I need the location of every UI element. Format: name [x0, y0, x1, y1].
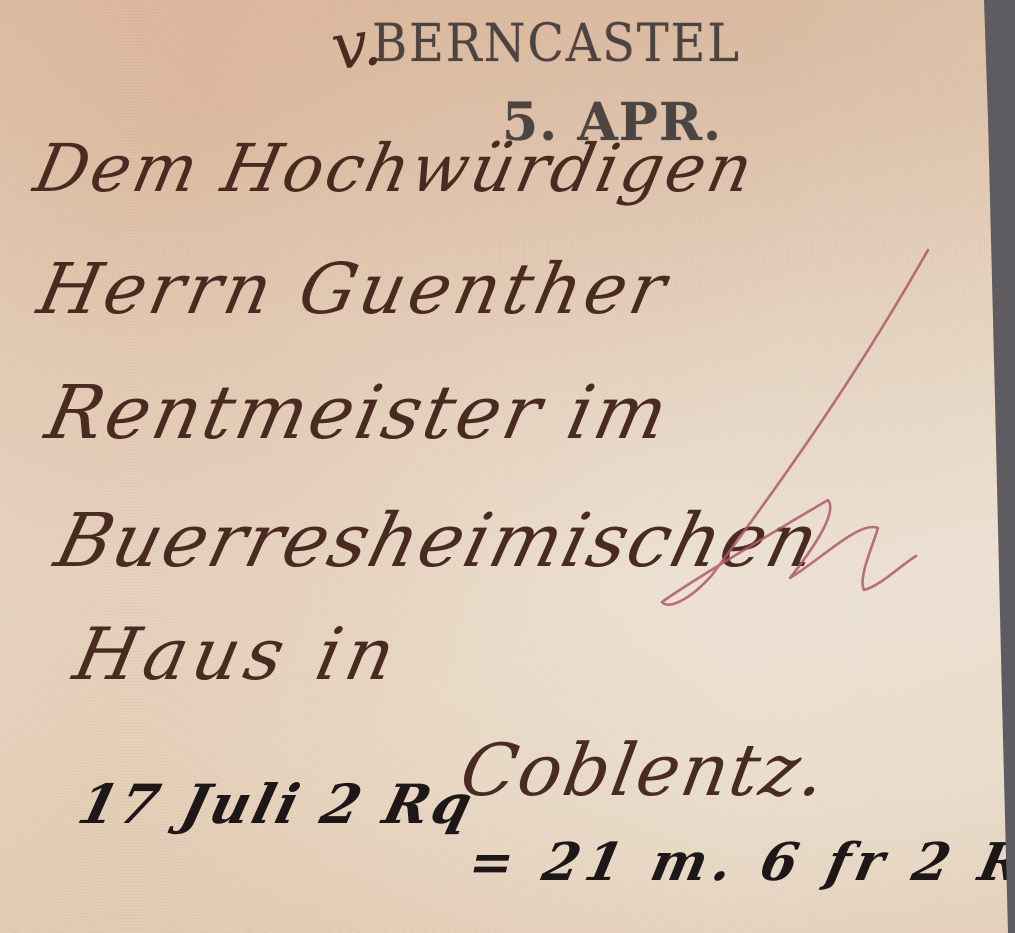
address-line-house: Buerresheimischen	[47, 498, 828, 584]
address-line-name: Herrn Guenther	[31, 248, 677, 330]
postage-note-right: = 21 m. 6 fr 2 Rh	[464, 832, 1015, 893]
postage-note-left: 17 Juli 2 Rq	[72, 772, 482, 836]
letter-paper: BERNCASTEL 5. APR. v. Dem Hochwürdigen H…	[0, 0, 1015, 933]
postmark-handwritten-prefix: v.	[327, 6, 386, 86]
address-line-title: Rentmeister im	[39, 370, 678, 456]
address-line-city: Coblentz.	[455, 728, 834, 812]
postmark-town: BERNCASTEL	[372, 14, 741, 74]
postmark-date: 5. APR.	[502, 92, 722, 153]
photo-scene: BERNCASTEL 5. APR. v. Dem Hochwürdigen H…	[0, 0, 1015, 933]
address-line-salutation: Dem Hochwürdigen	[28, 130, 762, 207]
address-line-house-cont: Haus in	[67, 612, 408, 696]
red-pencil-mark	[0, 0, 1015, 933]
